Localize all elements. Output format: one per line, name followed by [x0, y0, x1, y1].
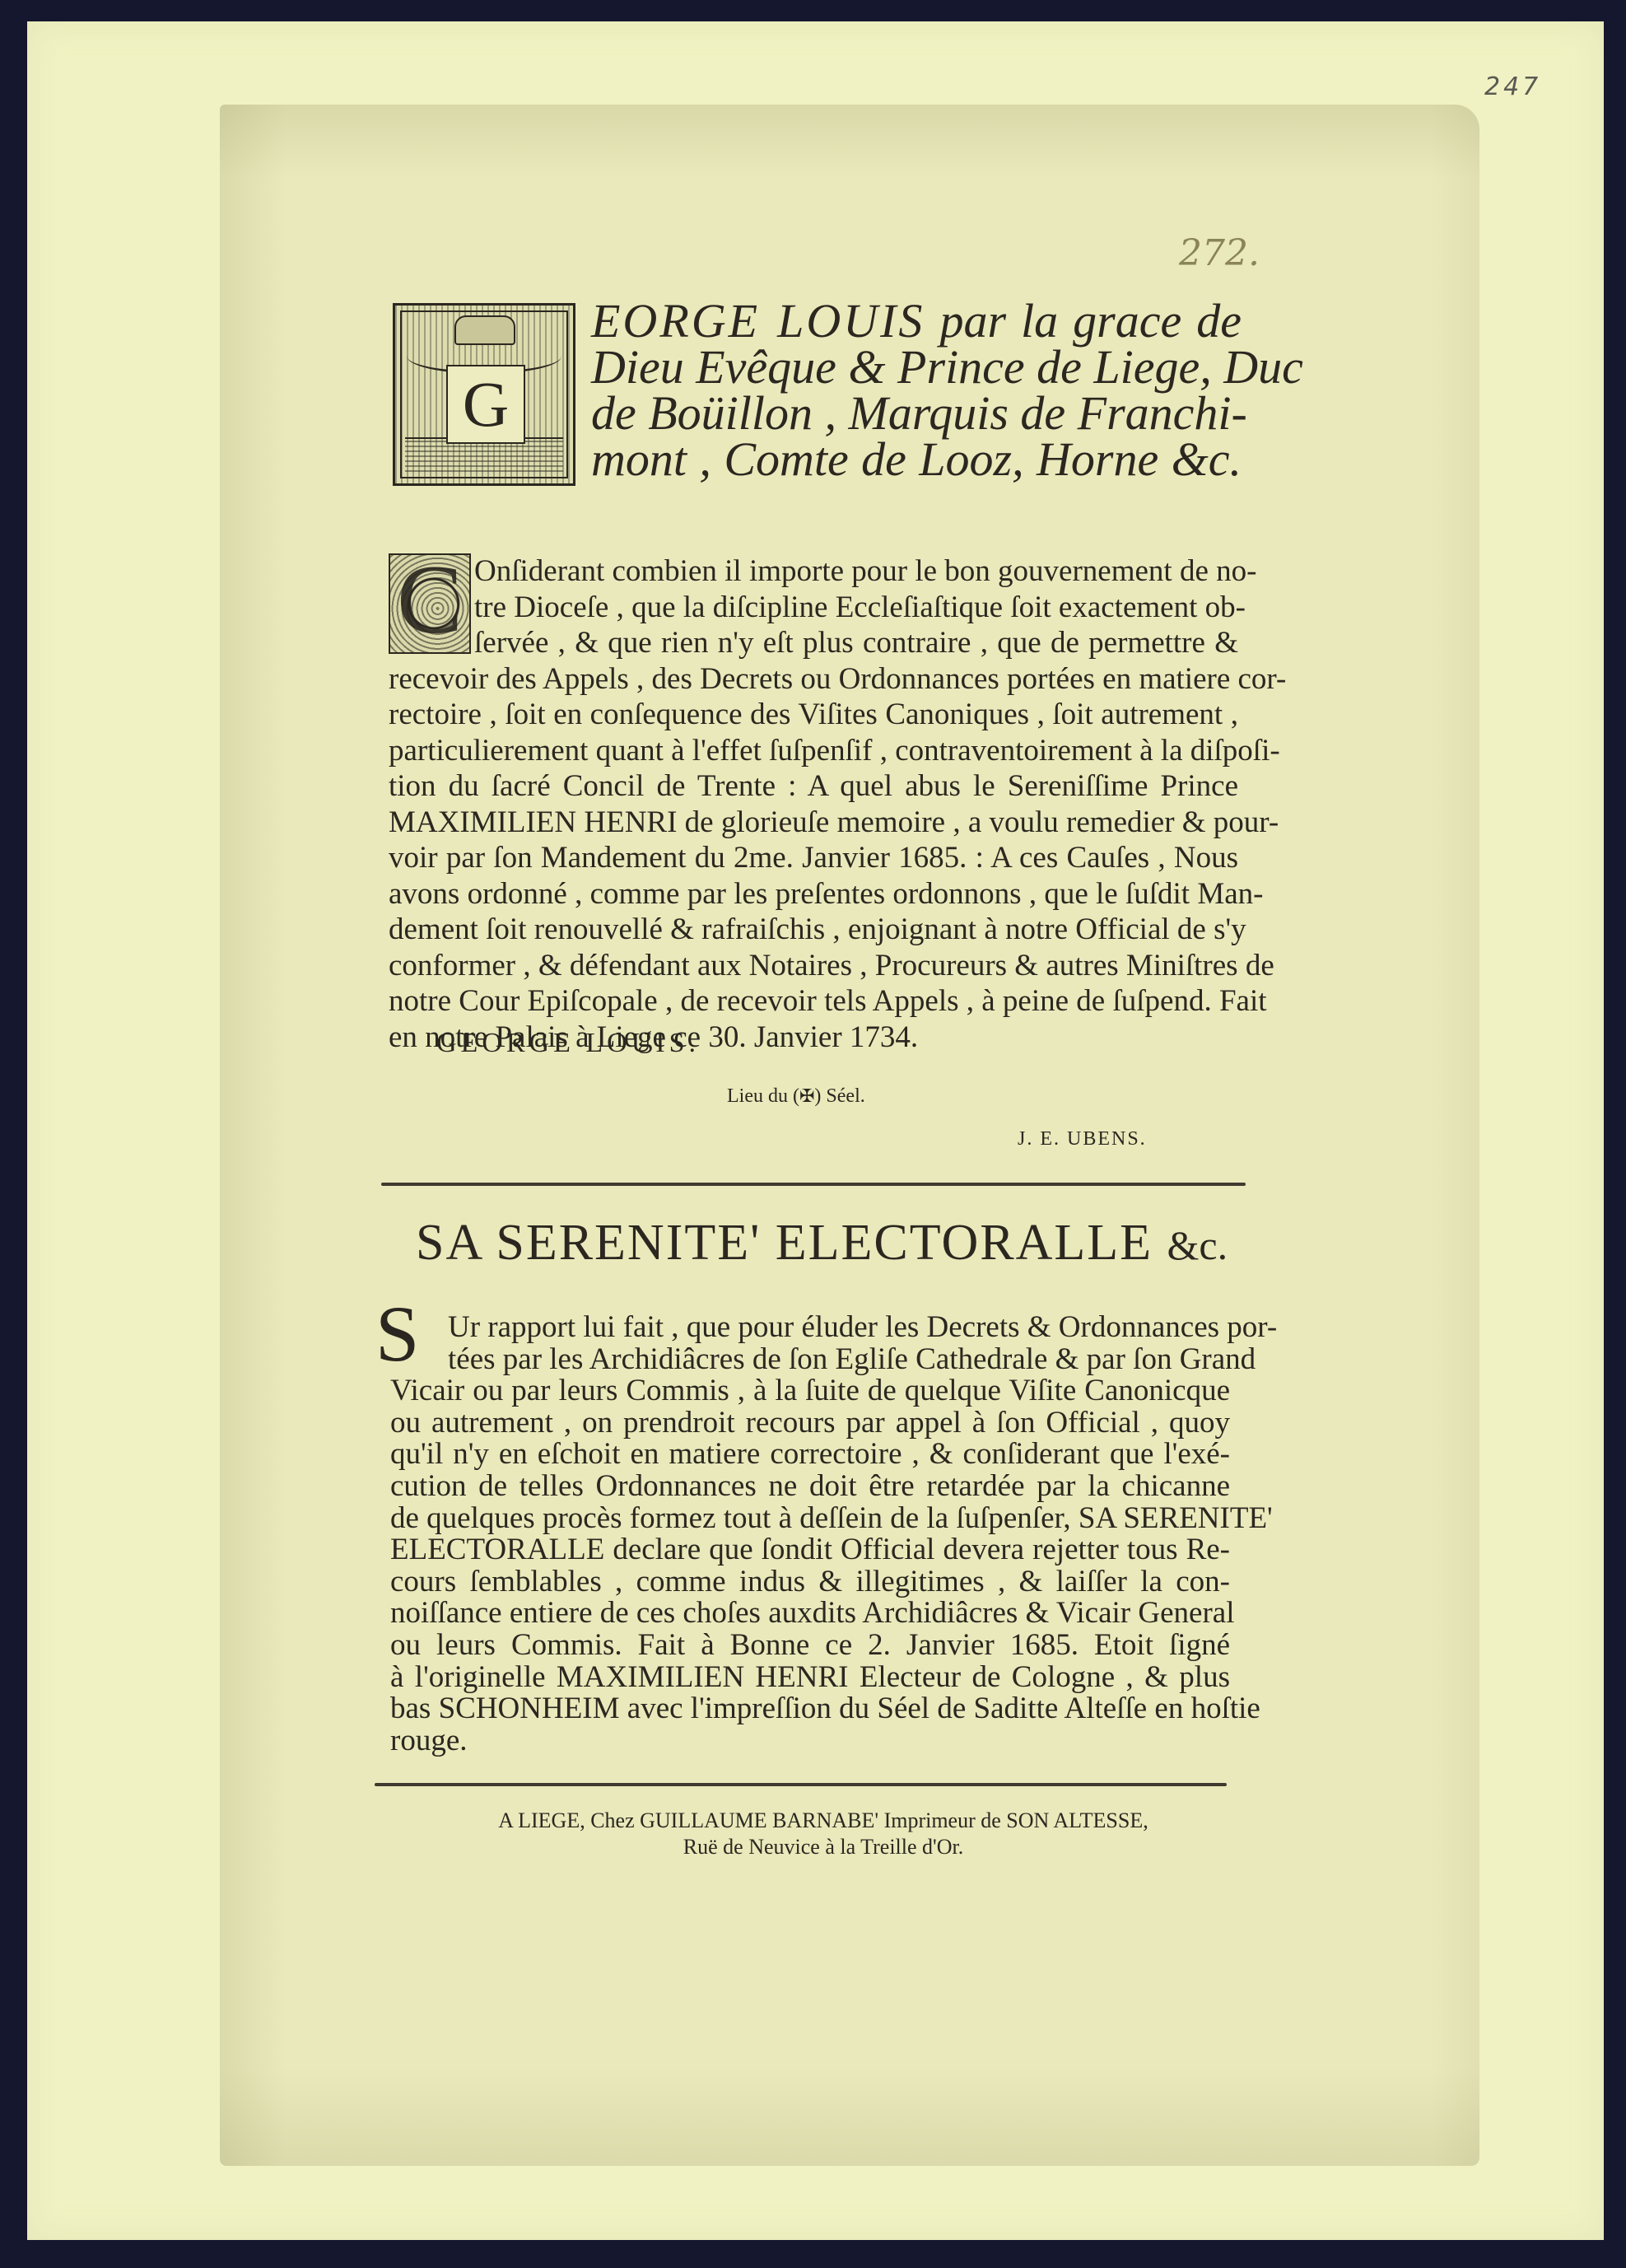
heading-text: SA SERENITE' ELECTORALLE [416, 1215, 1153, 1271]
cross-pattee-icon: ✠ [799, 1085, 814, 1106]
woodcut-letter: G [446, 365, 525, 444]
signature-george-louis: GEORGE LOUIS. [436, 1028, 700, 1059]
ordinance-2-heading: SA SERENITE' ELECTORALLE &c. [416, 1214, 1228, 1272]
dropcap-letter: S [375, 1295, 419, 1374]
ornamental-dropcap: C [389, 553, 471, 654]
title-line: mont , Comte de Looz, Horne &c. [591, 436, 1242, 483]
seal-text-after: ) Séel. [814, 1085, 864, 1107]
woodcut-initial: G [393, 303, 575, 486]
heading-suffix: &c. [1167, 1222, 1228, 1268]
seal-text-before: Lieu du ( [727, 1085, 799, 1107]
archive-number: 247 [1484, 72, 1541, 101]
imprint-line-2: Ruë de Neuvice à la Treille d'Or. [370, 1835, 1276, 1860]
seal-place: Lieu du (✠) Séel. [727, 1085, 865, 1108]
imprint-line-1: A LIEGE, Chez GUILLAUME BARNABE' Imprime… [370, 1808, 1276, 1833]
printer-imprint: A LIEGE, Chez GUILLAUME BARNABE' Imprime… [370, 1808, 1276, 1860]
ordinance-1-title: EORGE LOUIS par la grace de Dieu Evêque … [591, 298, 1242, 483]
title-line-text: mont , Comte de Looz, Horne &c. [591, 432, 1242, 486]
dropcap-letter: C [390, 550, 469, 649]
imprint-divider [375, 1783, 1227, 1786]
folio-number: 272. [1179, 232, 1260, 274]
section-divider [381, 1183, 1246, 1186]
title-line: de Boüillon , Marquis de Franchi- [591, 390, 1242, 436]
countersignature: J. E. UBENS. [1018, 1128, 1147, 1150]
title-line: EORGE LOUIS par la grace de [591, 298, 1242, 344]
title-line: Dieu Evêque & Prince de Liege, Duc [591, 344, 1242, 390]
